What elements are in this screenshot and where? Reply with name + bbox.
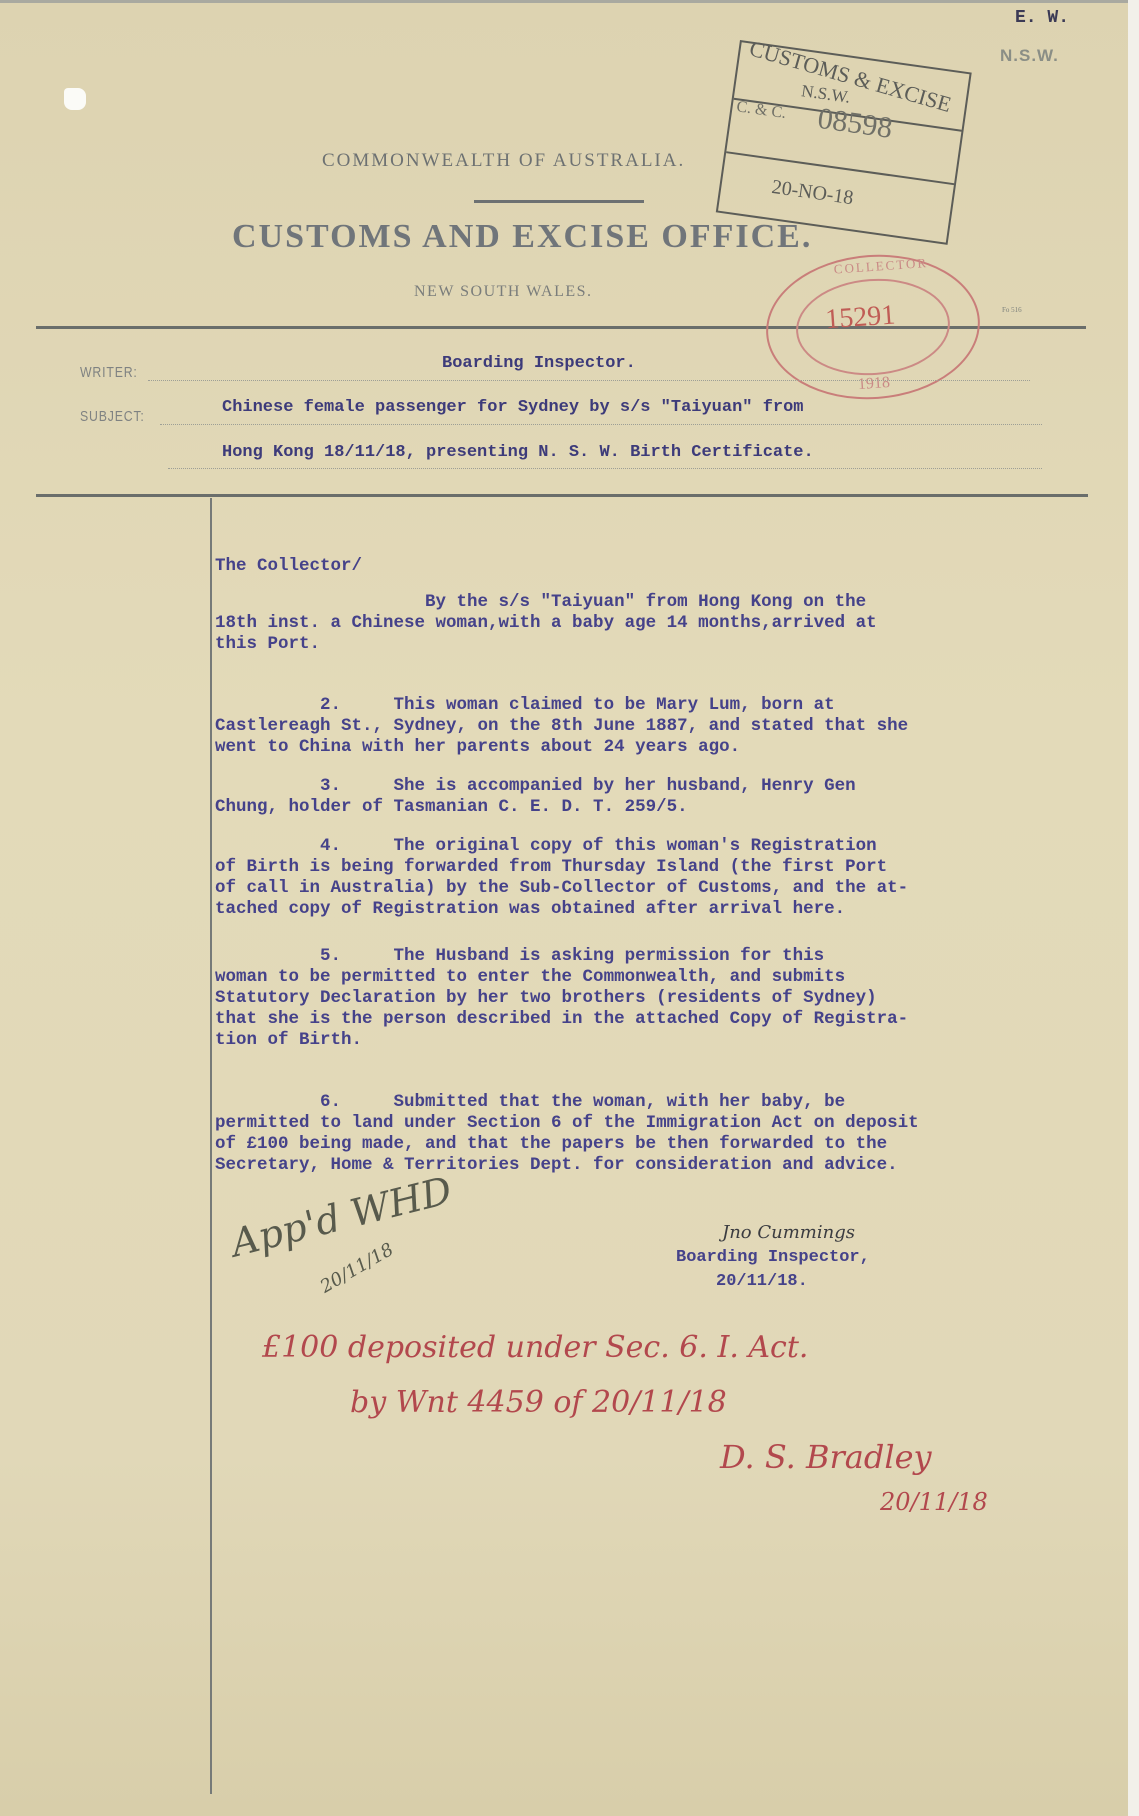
stamp-rule — [726, 151, 954, 185]
approval-date: 20/11/18 — [317, 1239, 398, 1298]
letter-paragraph-6: 6. Submitted that the woman, with her ba… — [215, 1092, 919, 1176]
margin-line — [210, 498, 212, 1794]
stamp-customs-number: 08598 — [815, 102, 894, 146]
letterhead-rule — [474, 200, 644, 203]
letter-paragraph-5: 5. The Husband is asking permission for … — [215, 946, 908, 1051]
deposit-date: 20/11/18 — [880, 1488, 988, 1516]
punch-hole — [64, 88, 86, 110]
writer-dotline — [148, 380, 1030, 381]
corner-mark-nsw: N.S.W. — [1000, 46, 1059, 66]
stamp-customs-prefix: C. & C. — [735, 98, 787, 123]
letter-paragraph-1: By the s/s "Taiyuan" from Hong Kong on t… — [215, 592, 877, 655]
subject-dotline-2 — [168, 468, 1042, 469]
fields-divider — [36, 494, 1088, 497]
registry-stamp-year: 1918 — [857, 374, 890, 394]
inspector-signature: Jno Cummings — [722, 1222, 855, 1243]
form-code: Fo 516 — [1002, 306, 1022, 314]
letterhead-commonwealth: COMMONWEALTH OF AUSTRALIA. — [322, 150, 685, 172]
page-top-edge — [0, 0, 1128, 3]
subject-dotline-1 — [160, 424, 1042, 425]
subject-line-1: Chinese female passenger for Sydney by s… — [222, 398, 804, 417]
approval-initials: App'd WHD — [227, 1168, 457, 1265]
scan-margin — [1128, 0, 1139, 1816]
signature-date: 20/11/18. — [716, 1272, 808, 1291]
letter-addressee: The Collector/ — [215, 556, 362, 577]
registry-stamp-top-text: COLLECTOR — [833, 255, 928, 278]
letter-paragraph-3: 3. She is accompanied by her husband, He… — [215, 776, 856, 818]
letterhead-state: NEW SOUTH WALES. — [414, 283, 593, 301]
subject-line-2: Hong Kong 18/11/18, presenting N. S. W. … — [222, 443, 814, 462]
letter-paragraph-2: 2. This woman claimed to be Mary Lum, bo… — [215, 695, 908, 758]
corner-mark-ew: E. W. — [1015, 8, 1069, 28]
customs-received-stamp: CUSTOMS & EXCISE N.S.W. C. & C. 08598 20… — [716, 40, 972, 245]
registry-stamp-number: 15291 — [824, 299, 896, 336]
document-page: E. W. N.S.W. COMMONWEALTH OF AUSTRALIA. … — [0, 0, 1128, 1816]
deposit-note-line-1: £100 deposited under Sec. 6. I. Act. — [262, 1330, 808, 1365]
deposit-signature: D. S. Bradley — [720, 1438, 932, 1476]
deposit-note-line-2: by Wnt 4459 of 20/11/18 — [350, 1385, 727, 1420]
letter-paragraph-4: 4. The original copy of this woman's Reg… — [215, 836, 908, 920]
stamp-customs-date: 20-NO-18 — [770, 176, 855, 210]
writer-label: WRITER: — [80, 364, 138, 381]
letterhead-office: CUSTOMS AND EXCISE OFFICE. — [232, 218, 812, 256]
writer-value: Boarding Inspector. — [442, 354, 636, 373]
registry-stamp: COLLECTOR 15291 1918 — [761, 248, 985, 407]
subject-label: SUBJECT: — [80, 408, 145, 425]
signature-title: Boarding Inspector, — [676, 1248, 870, 1267]
